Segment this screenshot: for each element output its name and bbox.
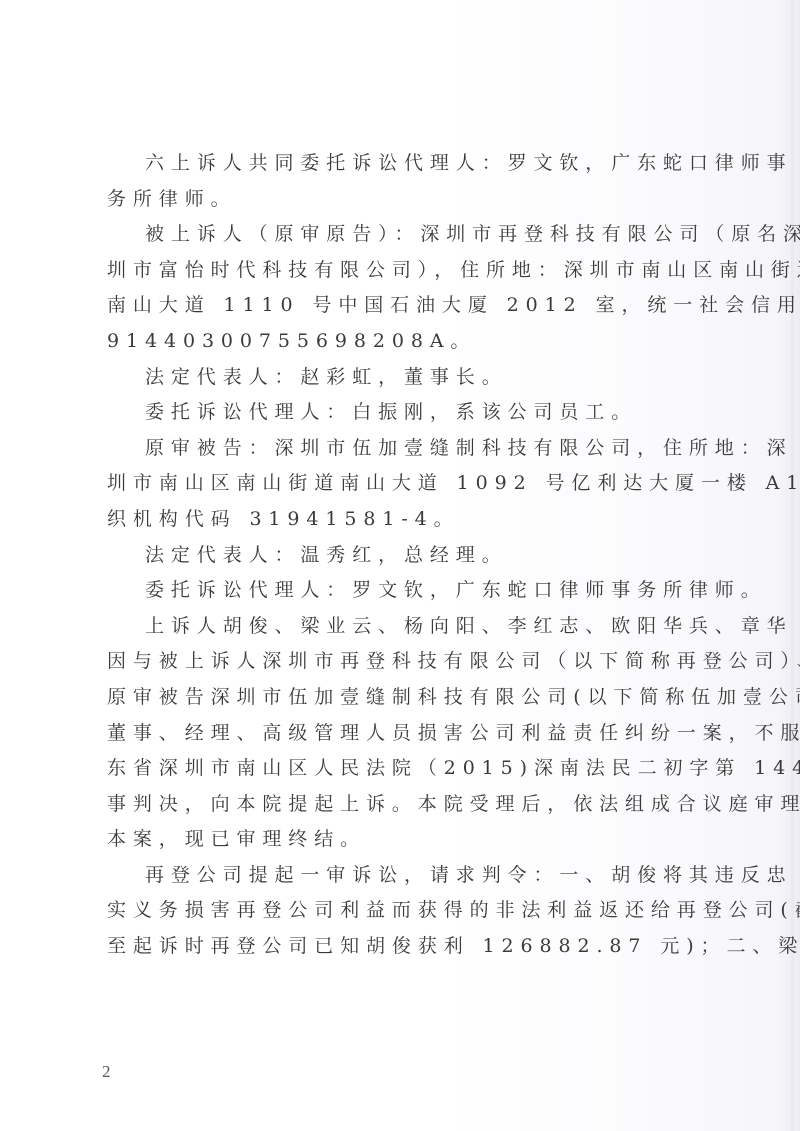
text-line: 因与被上诉人深圳市再登科技有限公司（以下简称再登公司）、 bbox=[107, 644, 697, 680]
document-page: 六上诉人共同委托诉讼代理人：罗文钦，广东蛇口律师事 务所律师。 被上诉人（原审原… bbox=[0, 0, 800, 1131]
text-line: 六上诉人共同委托诉讼代理人：罗文钦，广东蛇口律师事 bbox=[107, 146, 697, 182]
text-line: 再登公司提起一审诉讼，请求判令：一、胡俊将其违反忠 bbox=[107, 858, 697, 894]
text-line: 东省深圳市南山区人民法院（2015)深南法民二初字第 1449 号民 bbox=[107, 751, 697, 787]
text-line: 圳市南山区南山街道南山大道 1092 号亿利达大厦一楼 A159，组 bbox=[107, 466, 697, 502]
text-line: 原审被告：深圳市伍加壹缝制科技有限公司，住所地：深 bbox=[107, 431, 697, 467]
text-line: 事判决，向本院提起上诉。本院受理后，依法组成合议庭审理了 bbox=[107, 787, 697, 823]
text-line: 法定代表人：温秀红，总经理。 bbox=[107, 538, 697, 574]
text-line: 本案，现已审理终结。 bbox=[107, 822, 697, 858]
text-line: 法定代表人：赵彩虹，董事长。 bbox=[107, 360, 697, 396]
text-line: 被上诉人（原审原告）：深圳市再登科技有限公司（原名深 bbox=[107, 217, 697, 253]
text-line: 至起诉时再登公司已知胡俊获利 126882.87 元)；二、梁业云、 bbox=[107, 929, 697, 965]
page-number: 2 bbox=[102, 1062, 111, 1082]
text-line: 织机构代码 31941581-4。 bbox=[107, 502, 697, 538]
text-line: 委托诉讼代理人：罗文钦，广东蛇口律师事务所律师。 bbox=[107, 573, 697, 609]
text-line: 南山大道 1110 号中国石油大厦 2012 室，统一社会信用代码 bbox=[107, 288, 697, 324]
text-line: 实义务损害再登公司利益而获得的非法利益返还给再登公司(截 bbox=[107, 893, 697, 929]
text-line: 务所律师。 bbox=[107, 182, 697, 218]
text-line: 上诉人胡俊、梁业云、杨向阳、李红志、欧阳华兵、章华 bbox=[107, 609, 697, 645]
text-line: 委托诉讼代理人：白振刚，系该公司员工。 bbox=[107, 395, 697, 431]
text-line: 圳市富怡时代科技有限公司），住所地：深圳市南山区南山街道 bbox=[107, 253, 697, 289]
text-line: 董事、经理、高级管理人员损害公司利益责任纠纷一案，不服广 bbox=[107, 716, 697, 752]
document-body: 六上诉人共同委托诉讼代理人：罗文钦，广东蛇口律师事 务所律师。 被上诉人（原审原… bbox=[107, 146, 697, 965]
text-line: 91440300755698208A。 bbox=[107, 324, 697, 360]
text-line: 原审被告深圳市伍加壹缝制科技有限公司(以下简称伍加壹公司) bbox=[107, 680, 697, 716]
